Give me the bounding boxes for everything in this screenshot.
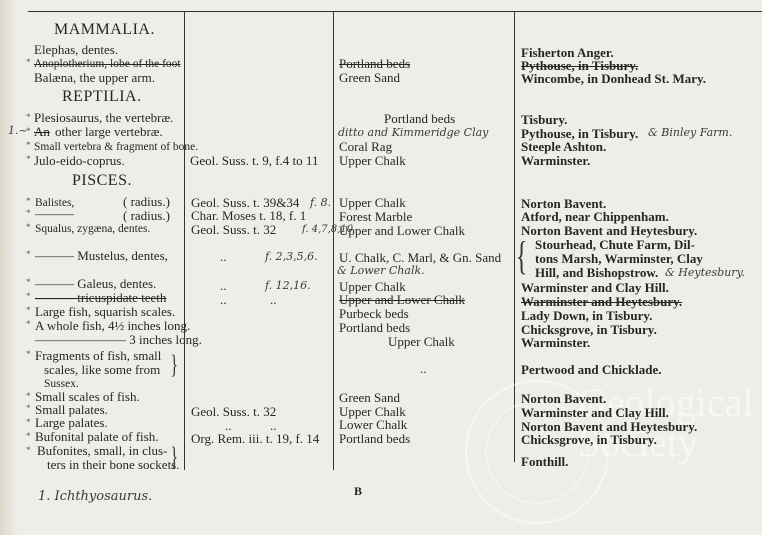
stratum: U. Chalk, C. Marl, & Gn. Sand [339,251,501,265]
species-item-struck: ——— tricuspidate teeth [35,291,166,305]
locality: tons Marsh, Warminster, Clay [535,252,703,266]
locality: Fonthill. [521,455,568,469]
stratum: Upper Chalk [339,154,406,168]
asterisk-icon: * [26,291,31,301]
heading-pisces: PISCES. [72,174,132,188]
stratum: Portland beds [339,321,410,335]
margin-annotation: 1.~ [8,124,28,138]
handwritten-reference: f. 8. [310,196,331,210]
species-item-cont: scales, like some from [44,363,160,377]
stratum: Purbeck beds [339,307,409,321]
asterisk-icon: * [26,208,31,218]
asterisk-icon: * [26,249,31,259]
handwritten-locality: & Binley Farm. [648,126,732,140]
ditto-mark: .. [420,362,427,376]
species-item: Bufonites, small, in clus- [37,444,167,458]
asterisk-icon: * [26,305,31,315]
asterisk-icon: * [26,403,31,413]
page-edge-shadow [0,0,18,535]
species-item: ——— Mustelus, dentes, [35,249,168,263]
asterisk-icon: * [26,222,31,232]
ditto-mark: .. [270,293,277,307]
page-signature: B [354,484,362,498]
asterisk-icon: * [26,140,31,150]
handwritten-stratum: & Lower Chalk. [337,264,425,278]
asterisk-icon: * [26,126,31,136]
stratum: Portland beds [339,432,410,446]
species-item: Large palates. [35,416,108,430]
locality: Pertwood and Chicklade. [521,363,661,377]
species-note: ( radius.) [123,209,170,223]
reference: Geol. Suss. t. 32 [191,405,276,419]
handwritten-stratum: ditto and Kimmeridge Clay [338,126,488,140]
locality: Steeple Ashton. [521,140,606,154]
handwritten-locality: & Heytesbury. [665,266,745,280]
asterisk-icon: * [26,431,31,441]
species-item: Elephas, dentes. [34,43,118,57]
brace-icon: } [170,444,177,470]
asterisk-icon: * [26,445,31,455]
locality-struck: Warminster and Heytesbury. [521,295,682,309]
asterisk-icon: * [26,196,31,206]
handwritten-reference: f. 12,16. [265,279,311,293]
locality: Lady Down, in Tisbury. [521,309,652,323]
asterisk-icon: * [26,154,31,164]
handwritten-reference: f. 2,3,5,6. [265,250,318,264]
column-divider-2 [333,12,334,470]
ditto-mark: .. [220,250,227,264]
stratum: Upper Chalk [388,335,455,349]
locality: Chicksgrove, in Tisbury. [521,433,657,447]
species-item: Julo-eido-coprus. [34,154,125,168]
stratum: Upper Chalk [339,196,406,210]
stratum: Green Sand [339,71,400,85]
species-item-struck: An [34,125,50,139]
stratum: Green Sand [339,391,400,405]
stratum: Lower Chalk [339,418,407,432]
asterisk-icon: * [26,112,31,122]
stratum-struck: Upper and Lower Chalk [339,293,465,307]
species-item: A whole fish, 4½ inches long. [35,319,190,333]
reference: Char. Moses t. 18, f. 1 [191,209,306,223]
brace-icon: } [170,352,177,392]
species-item: Large fish, squarish scales. [35,305,175,319]
locality: Warminster and Clay Hill. [521,406,669,420]
species-item: ——— Galeus, dentes. [35,277,156,291]
locality: Norton Bavent. [521,392,606,406]
species-note: ( radius.) [123,195,170,209]
species-item-cont: ters in their bone sockets. [47,458,180,472]
locality: Warminster and Clay Hill. [521,281,669,295]
reference: Geol. Suss. t. 9, f.4 to 11 [190,154,318,168]
stratum: Upper and Lower Chalk [339,224,465,238]
locality: Warminster. [521,154,590,168]
species-item: ——————— 3 inches long. [35,333,202,347]
stratum: Portland beds [384,112,455,126]
species-item: Small vertebra & fragment of bone. [34,140,198,154]
locality: Hill, and Bishopstrow. [535,266,658,280]
reference: Org. Rem. iii. t. 19, f. 14 [191,432,319,446]
species-item: Fragments of fish, small [35,349,161,363]
asterisk-icon: * [26,349,31,359]
asterisk-icon: * [26,319,31,329]
locality: Warminster. [521,336,590,350]
stratum: Coral Rag [339,140,392,154]
asterisk-icon: * [26,417,31,427]
species-item: Bufonital palate of fish. [35,430,158,444]
species-item: other large vertebræ. [55,125,163,139]
species-dash: ——— [35,207,74,221]
locality: Stourhead, Chute Farm, Dil- [535,238,695,252]
brace-icon: { [516,236,528,276]
asterisk-icon: * [26,57,31,67]
species-item: Balæna, the upper arm. [34,71,155,85]
locality: Wincombe, in Donhead St. Mary. [521,72,706,86]
species-item: Squalus, zygæna, dentes. [35,222,150,236]
ditto-mark: .. [220,279,227,293]
locality: Norton Bavent and Heytesbury. [521,224,697,238]
ditto-mark: .. [220,293,227,307]
locality: Atford, near Chippenham. [521,210,669,224]
column-divider-1 [184,12,185,470]
locality: Tisbury. [521,113,567,127]
stratum: Forest Marble [339,210,412,224]
species-item-struck: Anoplotherium, lobe of the foot [34,57,181,71]
asterisk-icon: * [26,391,31,401]
species-item: Plesiosaurus, the vertebræ. [34,111,173,125]
reference: Geol. Suss. t. 32 [191,223,276,237]
stratum-struck: Portland beds [339,57,410,71]
table-top-rule [28,11,762,12]
heading-mammalia: MAMMALIA. [54,23,155,37]
handwritten-footnote: 1. Ichthyosaurus. [38,490,152,504]
heading-reptilia: REPTILIA. [62,90,142,104]
asterisk-icon: * [26,277,31,287]
